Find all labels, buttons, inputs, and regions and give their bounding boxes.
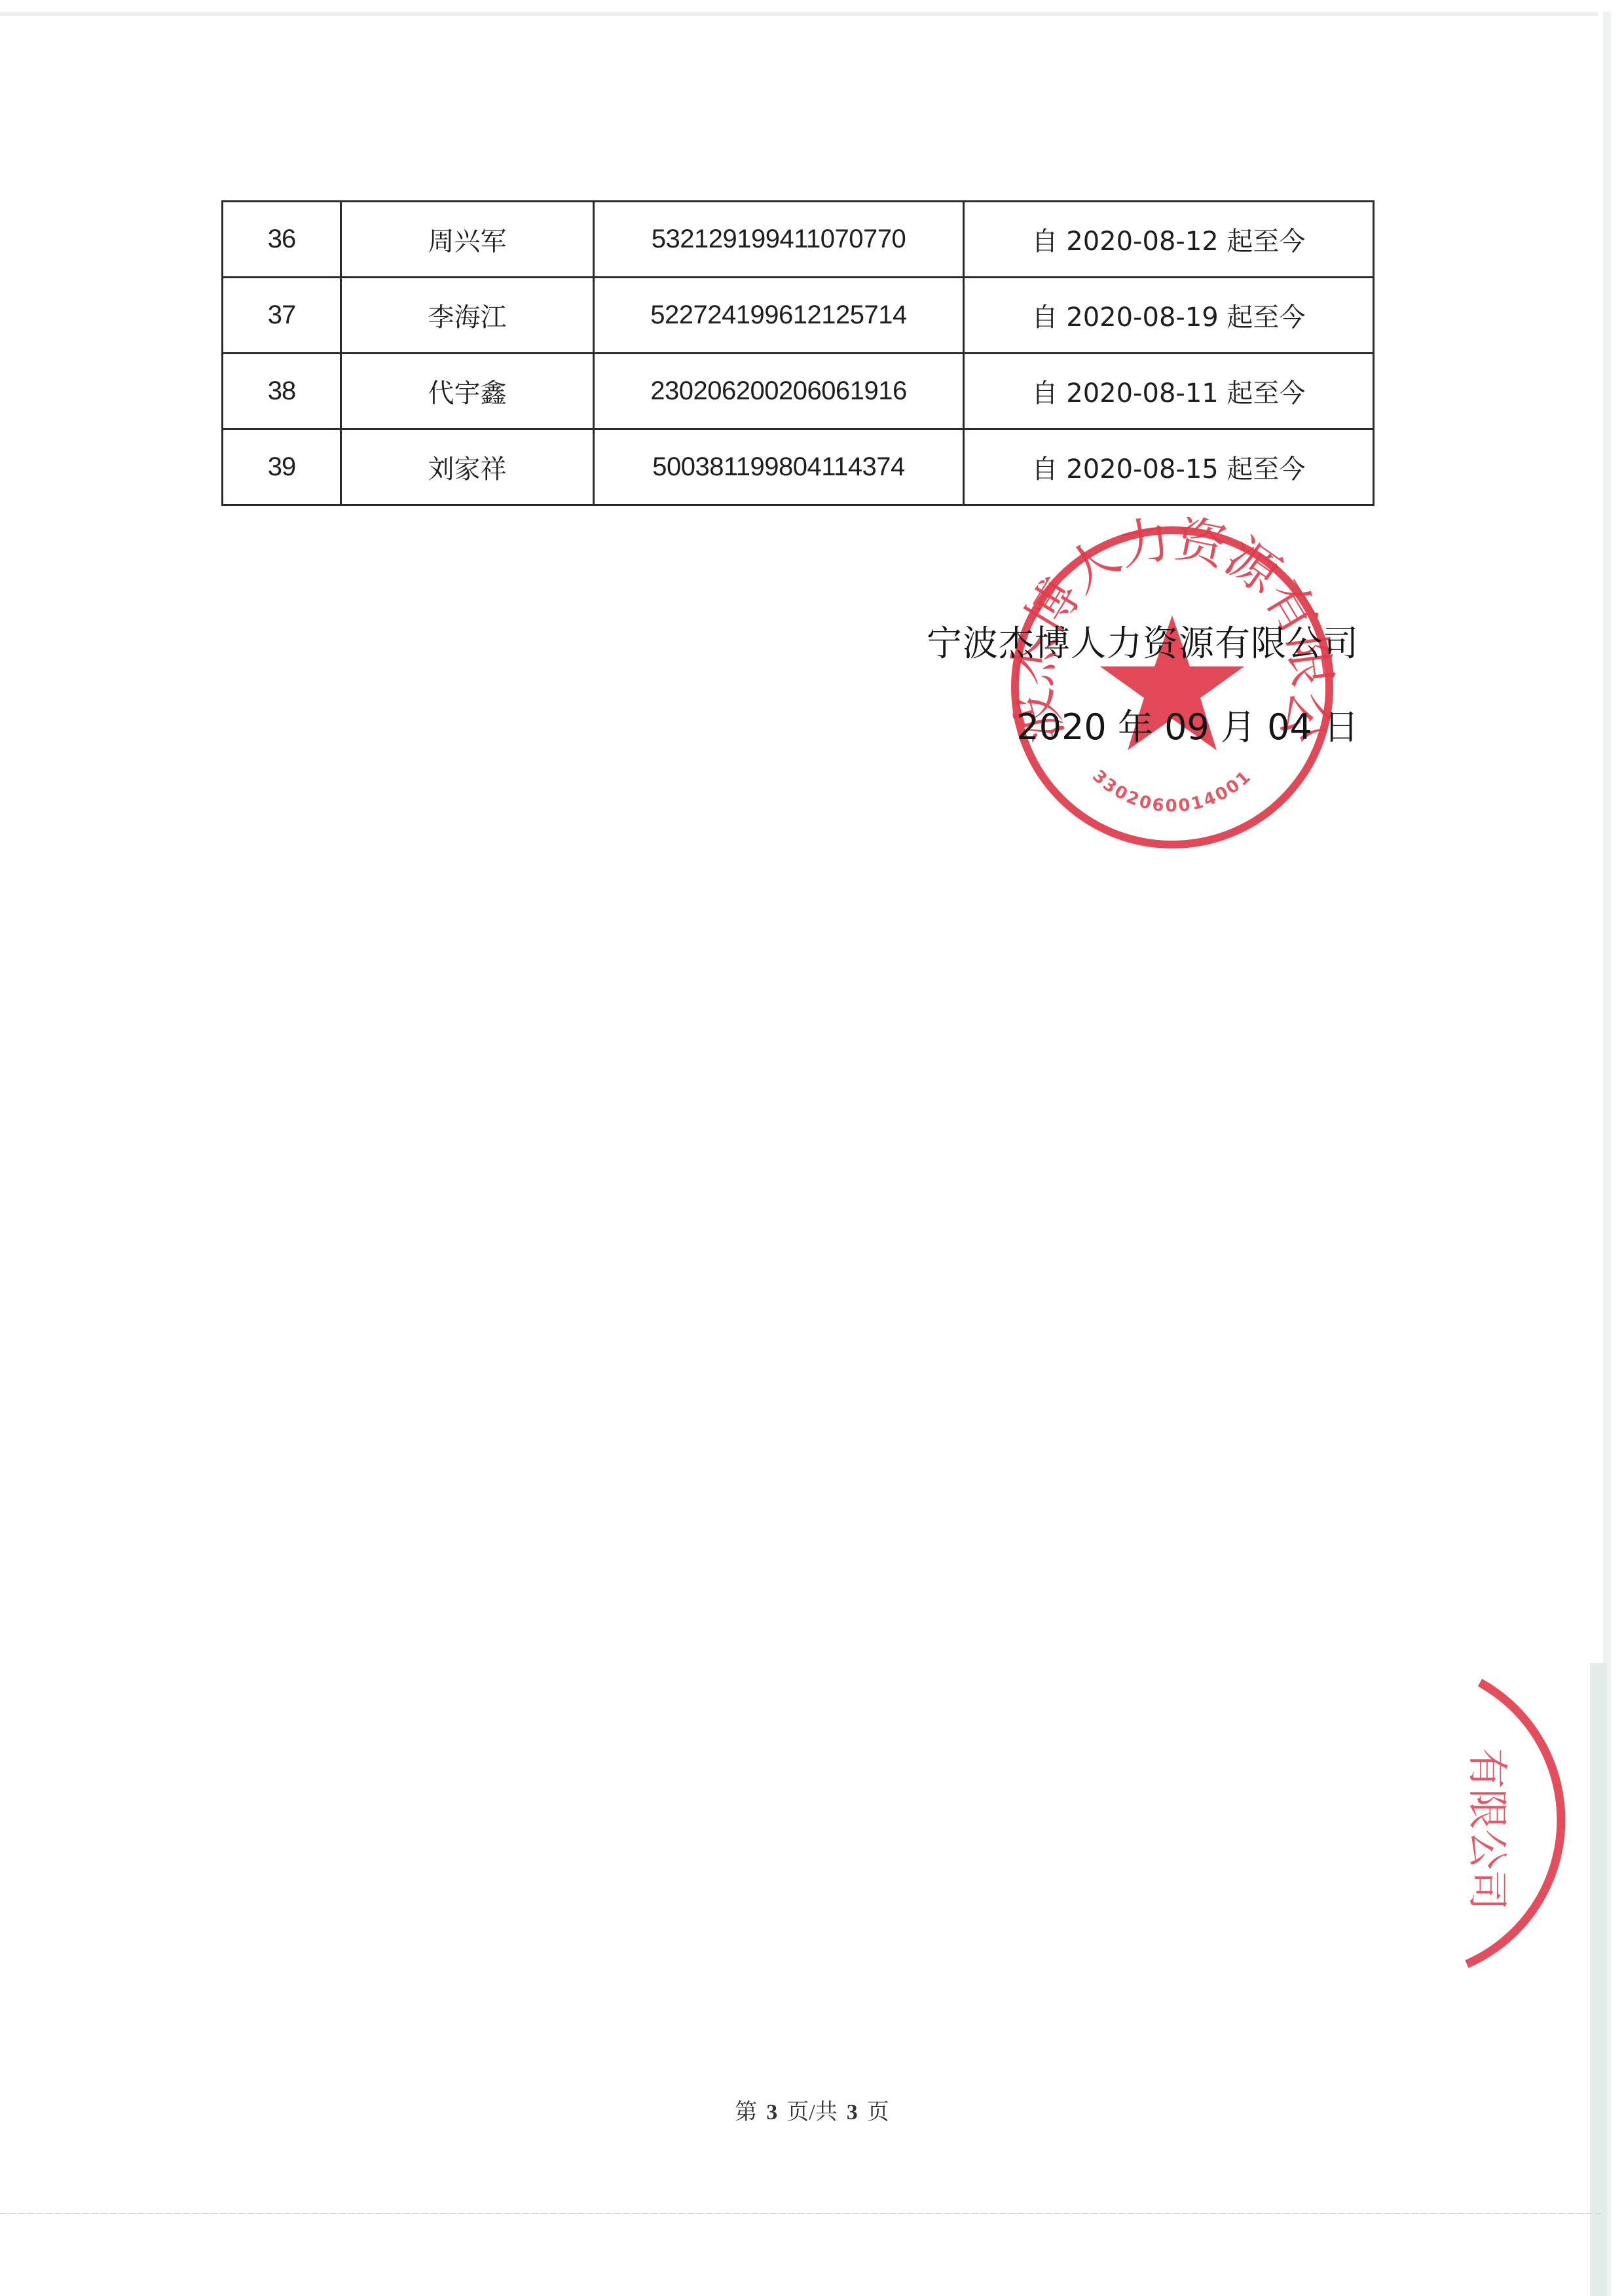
table-row: 39刘家祥500381199804114374自 2020-08-15 起至今 [223,429,1374,505]
table-row: 36周兴军532129199411070770自 2020-08-12 起至今 [223,202,1374,278]
row-id-number: 532129199411070770 [594,202,964,278]
row-id-number: 522724199612125714 [594,278,964,354]
signature-date: 2020 年 09 月 04 日 [1016,699,1359,750]
scan-edge-strip [1590,1663,1607,2296]
employee-table: 36周兴军532129199411070770自 2020-08-12 起至今3… [221,200,1375,506]
total-pages-number: 3 [847,2100,858,2124]
footer-middle: 页/共 [786,2100,837,2124]
row-name: 周兴军 [341,202,594,278]
row-period: 自 2020-08-15 起至今 [964,429,1374,505]
partial-seal-text: 有限公司 [1464,1748,1511,1910]
row-name: 代宇鑫 [341,354,594,429]
table-row: 38代宇鑫230206200206061916自 2020-08-11 起至今 [223,354,1374,429]
row-period: 自 2020-08-11 起至今 [964,354,1374,429]
footer-prefix: 第 [735,2100,757,2124]
row-name: 李海江 [341,278,594,354]
partial-seal-icon: 有限公司 [1434,1676,1591,1977]
row-id-number: 500381199804114374 [594,429,964,505]
row-id-number: 230206200206061916 [594,354,964,429]
row-name: 刘家祥 [341,429,594,505]
row-index: 39 [223,429,341,505]
svg-text:3302060014001: 3302060014001 [1088,766,1256,816]
scan-edge-top [0,12,1598,16]
signature-company: 宁波杰博人力资源有限公司 [927,615,1359,666]
company-seal-icon: 宁波杰博人力资源有限公司 3302060014001 [1002,517,1342,858]
page-footer: 第3页/共3页 [0,2094,1624,2126]
seal-serial: 3302060014001 [1088,766,1256,816]
row-index: 36 [223,202,341,278]
current-page-number: 3 [766,2100,777,2124]
footer-suffix: 页 [867,2100,889,2124]
row-index: 37 [223,278,341,354]
scan-edge-bottom [0,2213,1603,2214]
row-period: 自 2020-08-12 起至今 [964,202,1374,278]
table-row: 37李海江522724199612125714自 2020-08-19 起至今 [223,278,1374,354]
row-index: 38 [223,354,341,429]
row-period: 自 2020-08-19 起至今 [964,278,1374,354]
